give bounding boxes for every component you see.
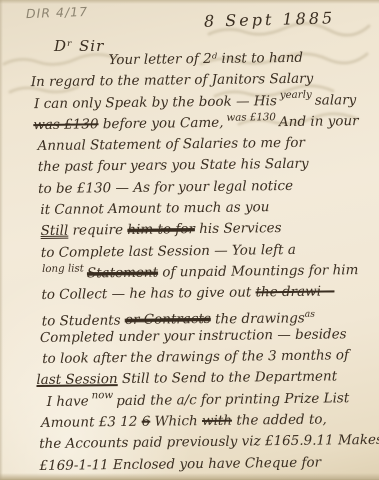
letter-text-segment: I have	[47, 393, 89, 410]
letter-text-segment: Statement	[87, 265, 158, 282]
letter-text-segment: before you Came,	[98, 115, 223, 133]
letter-text-segment: require	[68, 222, 127, 239]
letter-date: 8 Sept 1885	[204, 8, 336, 30]
letter-body: Your letter of 2ᵈ inst to handIn regard …	[30, 47, 378, 477]
letter-text-segment: yearly	[280, 85, 312, 107]
letter-text-segment: the drawi—	[255, 284, 334, 301]
letter-text-segment: to look after the drawings of the 3 mont…	[42, 347, 349, 367]
letter-text-segment: of unpaid Mountings for him	[158, 262, 359, 280]
letter-text-segment: the past four years you State his Salary	[38, 156, 309, 175]
letter-text-segment: the Accounts paid previously viz £165.9.…	[39, 432, 379, 452]
letter-text-segment: £169-1-11 Enclosed you have Cheque for	[39, 454, 321, 473]
letter-text-segment: And in your	[279, 113, 359, 130]
letter-text-segment: paid the a/c for printing Prize List	[116, 390, 349, 409]
letter-text-segment: long list	[42, 258, 84, 280]
letter-text-segment: with	[202, 413, 232, 429]
letter-text-segment: was £130	[226, 107, 276, 129]
paper-edge-top	[0, 0, 379, 4]
letter-text-segment: now	[91, 386, 113, 408]
letter-text-segment: Still	[41, 223, 69, 239]
letter-line: the Accounts paid previously viz £165.9.…	[35, 430, 378, 455]
paper-edge-bottom	[0, 473, 379, 480]
letter-page: DIR 4/17 8 Sept 1885 Dʳ Sir Your letter …	[0, 0, 379, 480]
letter-text-segment: as	[305, 308, 315, 319]
letter-text-segment: his Services	[195, 220, 282, 237]
paper-edge-left	[0, 0, 3, 480]
letter-text-segment: to be £130 — As for your legal notice	[38, 178, 293, 197]
letter-text-segment: In regard to the matter of Janitors Sala…	[31, 71, 314, 90]
letter-line: to Collect — he has to give out the draw…	[33, 281, 376, 306]
letter-text-segment: the added to,	[232, 412, 327, 429]
archival-reference: DIR 4/17	[26, 4, 89, 21]
letter-text-segment: Still to Send to the Department	[118, 369, 338, 388]
letter-text-segment: Your letter of 2ᵈ inst to hand	[108, 50, 303, 68]
letter-text-segment: salary	[315, 92, 357, 109]
letter-text-segment: Which	[150, 413, 202, 430]
letter-text-segment: Amount £3 12	[41, 414, 142, 431]
letter-text-segment: it Cannot Amount to much as you	[40, 199, 269, 218]
letter-text-segment: was £130	[33, 116, 98, 133]
letter-text-segment: to Collect — he has to give out	[41, 285, 255, 304]
letter-text-segment: Annual Statement of Salaries to me for	[37, 135, 305, 154]
letter-text-segment: Completed under your instruction — besid…	[40, 326, 347, 346]
letter-text-segment: him to for	[127, 221, 195, 238]
letter-line: was £130 before you Came,was £130And in …	[31, 111, 374, 136]
